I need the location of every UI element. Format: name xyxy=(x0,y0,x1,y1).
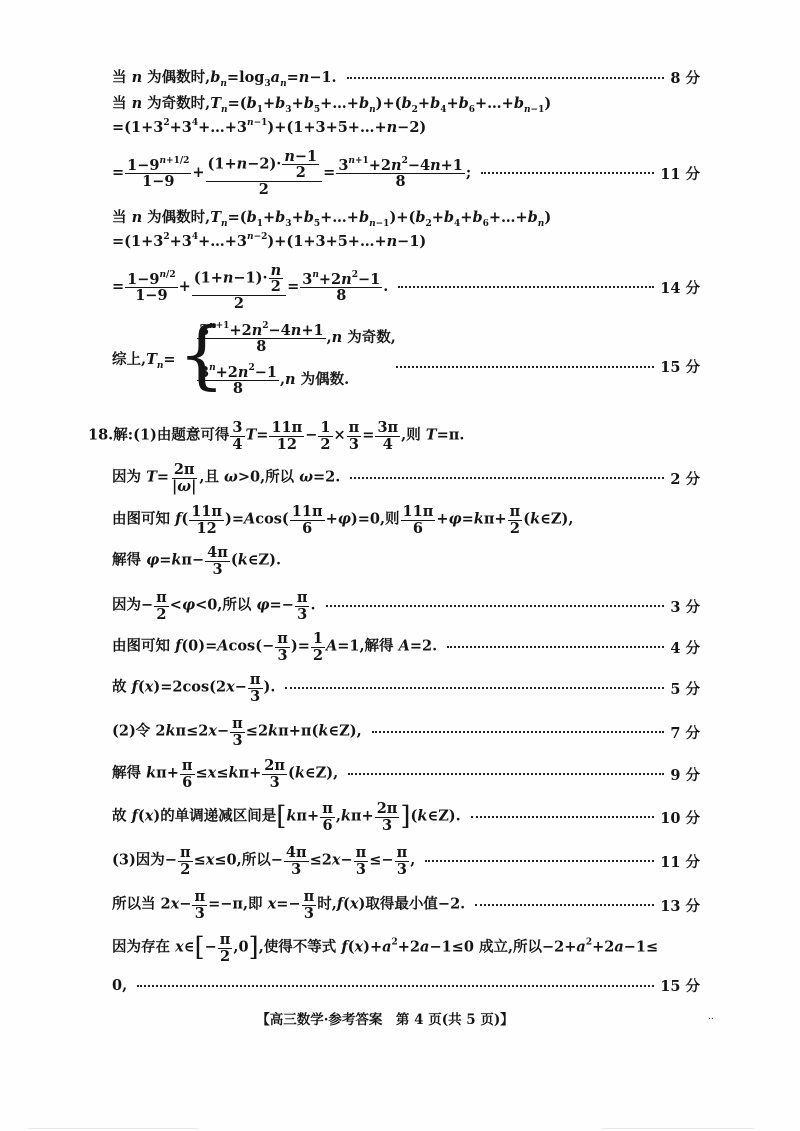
line-18-exists: 因为存在 x∈[−π2,0],使得不等式 f(x)+a2+2a−1≤0 成立,所… xyxy=(112,928,708,968)
line-18-part1-period: 18.解:(1)由题意可得34T=11π12−12×π3=3π4,则 T=π. xyxy=(88,416,700,456)
case-even: 3n+2n2−18,n 为偶数. xyxy=(196,364,349,396)
summary-score-row: 15 分 xyxy=(396,356,700,377)
formula: 当 n 为奇数时,Tn=(b1+b3+b5+…+bn)+(b2+b4+b6+…+… xyxy=(112,92,551,115)
line-18-amplitude: 由图可知 f(0)=Acos(−π3)=12A=1,解得 A=2. 4 分 xyxy=(112,627,700,667)
line-18-phi: 因为−π2<φ<0,所以 φ=−π3. 3 分 xyxy=(112,586,700,626)
leader-dots xyxy=(137,985,654,987)
leader-dots xyxy=(372,731,665,733)
line-even-sum: =(1+32+34+…+3n−2)+(1+3+5+…+n−1) xyxy=(112,232,700,250)
leader-dots xyxy=(481,172,654,174)
line-odd-Tn: 当 n 为奇数时,Tn=(b1+b3+b5+…+bn)+(b2+b4+b6+…+… xyxy=(112,92,700,115)
leader-dots xyxy=(398,286,654,288)
line-18-omega: 因为 T=2π|ω|,且 ω>0,所以 ω=2. 2 分 xyxy=(112,458,700,498)
formula: (2)令 2kπ≤2x−π3≤2kπ+π(k∈Z), xyxy=(112,716,362,747)
formula: =(1+32+34+…+3n−1)+(1+3+5+…+n−2) xyxy=(112,118,426,136)
line-18-final: 0, 15 分 xyxy=(112,975,700,996)
score-label: 14 分 xyxy=(660,277,700,298)
formula: 解得 φ=kπ−4π3(k∈Z). xyxy=(112,545,281,576)
leader-dots xyxy=(348,773,664,775)
line-even-bn: 当 n 为偶数时,bn=log3an=n−1. 8 分 xyxy=(112,66,700,89)
leader-dots xyxy=(471,816,655,818)
score-label: 15 分 xyxy=(660,356,700,377)
score-label: 11 分 xyxy=(660,851,700,872)
formula: =1−9n+1/21−9+(1+n−2)·n−122=3n+1+2n2−4n+1… xyxy=(112,149,471,197)
page-footer: 【高三数学·参考答案 第 4 页(共 5 页)】 xyxy=(0,1008,800,1028)
line-18-decreasing-interval: 故 f(x)的单调递减区间是[kπ+π6,kπ+2π3](k∈Z). 10 分 xyxy=(112,797,700,837)
line-18-minimum: 所以当 2x−π3=−π,即 x=−π3时,f(x)取得最小值−2. 13 分 xyxy=(112,885,700,925)
leader-dots xyxy=(350,477,664,479)
score-label: 15 分 xyxy=(660,975,700,996)
line-18-phase-solve: 解得 φ=kπ−4π3(k∈Z). xyxy=(112,541,700,581)
formula: 解得 kπ+π6≤x≤kπ+2π3(k∈Z), xyxy=(112,758,338,789)
leader-dots xyxy=(447,646,664,648)
line-even-Tn: 当 n 为偶数时,Tn=(b1+b3+b5+…+bn−1)+(b2+b4+b6+… xyxy=(112,206,700,229)
line-18-part2-solve: 解得 kπ+π6≤x≤kπ+2π3(k∈Z), 9 分 xyxy=(112,754,700,794)
score-label: 4 分 xyxy=(670,637,700,658)
formula: 由图可知 f(0)=Acos(−π3)=12A=1,解得 A=2. xyxy=(112,631,437,662)
scan-edge-right xyxy=(602,1128,754,1129)
scan-edge-left xyxy=(28,1128,198,1129)
leader-dots xyxy=(347,77,665,79)
formula: 故 f(x)的单调递减区间是[kπ+π6,kπ+2π3](k∈Z). xyxy=(112,801,461,832)
line-18-fx: 故 f(x)=2cos(2x−π3). 5 分 xyxy=(112,668,700,708)
formula: (3)因为−π2≤x≤0,所以−4π3≤2x−π3≤−π3, xyxy=(112,845,415,876)
formula: 因为 T=2π|ω|,且 ω>0,所以 ω=2. xyxy=(112,462,340,493)
formula: 由图可知 f(11π12)=Acos(11π6+φ)=0,则11π6+φ=kπ+… xyxy=(112,504,573,535)
line-18-phase-eq: 由图可知 f(11π12)=Acos(11π6+φ)=0,则11π6+φ=kπ+… xyxy=(112,500,700,540)
formula: 故 f(x)=2cos(2x−π3). xyxy=(112,672,275,703)
leader-dots xyxy=(285,687,664,689)
score-label: 3 分 xyxy=(670,596,700,617)
line-odd-sum: =(1+32+34+…+3n−1)+(1+3+5+…+n−2) xyxy=(112,118,700,136)
problem-number: 18. xyxy=(88,427,113,444)
score-label: 7 分 xyxy=(670,722,700,743)
formula: =(1+32+34+…+3n−2)+(1+3+5+…+n−1) xyxy=(112,232,426,250)
formula: 当 n 为偶数时,bn=log3an=n−1. xyxy=(112,66,337,89)
formula: 18.解:(1)由题意可得34T=11π12−12×π3=3π4,则 T=π. xyxy=(88,420,464,451)
summary-label: 综上,Tn= xyxy=(112,348,176,371)
formula: 因为−π2<φ<0,所以 φ=−π3. xyxy=(112,590,316,621)
leader-dots xyxy=(425,860,654,862)
line-odd-result: =1−9n+1/21−9+(1+n−2)·n−122=3n+1+2n2−4n+1… xyxy=(112,148,700,198)
score-label: 13 分 xyxy=(660,895,700,916)
formula: =1−9n/21−9+(1+n−1)·n22=3n+2n2−18. xyxy=(112,263,388,311)
score-label: 2 分 xyxy=(670,468,700,489)
leader-dots xyxy=(475,904,654,906)
score-label: 5 分 xyxy=(670,678,700,699)
corner-mark: .. xyxy=(708,1012,714,1022)
score-label: 11 分 xyxy=(660,163,700,184)
score-label: 10 分 xyxy=(660,807,700,828)
line-18-part3-range: (3)因为−π2≤x≤0,所以−4π3≤2x−π3≤−π3, 11 分 xyxy=(112,841,700,881)
leader-dots xyxy=(396,366,654,368)
formula: 当 n 为偶数时,Tn=(b1+b3+b5+…+bn−1)+(b2+b4+b6+… xyxy=(112,206,551,229)
score-label: 8 分 xyxy=(670,67,700,88)
formula: 所以当 2x−π3=−π,即 x=−π3时,f(x)取得最小值−2. xyxy=(112,889,465,920)
line-even-result: =1−9n/21−9+(1+n−1)·n22=3n+2n2−18. 14 分 xyxy=(112,262,700,312)
leader-dots xyxy=(326,605,665,607)
line-18-part2-ineq: (2)令 2kπ≤2x−π3≤2kπ+π(k∈Z), 7 分 xyxy=(112,712,700,752)
formula: 因为存在 x∈[−π2,0],使得不等式 f(x)+a2+2a−1≤0 成立,所… xyxy=(112,932,658,963)
case-odd: 3n+1+2n2−4n+18,n 为奇数, xyxy=(196,322,396,354)
score-label: 9 分 xyxy=(670,764,700,785)
formula: 0, xyxy=(112,977,127,994)
